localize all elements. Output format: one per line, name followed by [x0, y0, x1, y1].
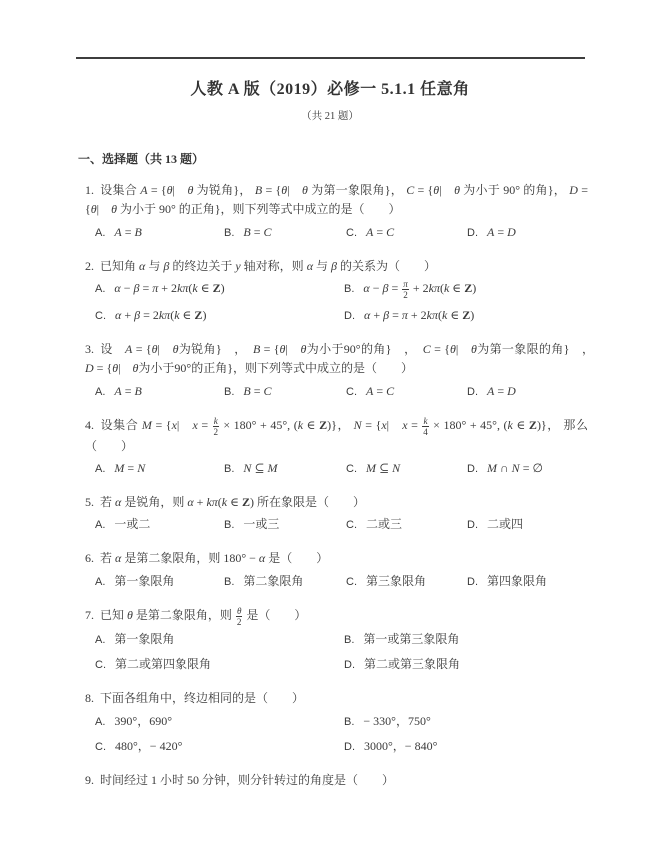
options-row: A.390°，690° B.− 330°，750° C.480°，− 420° … [95, 712, 588, 758]
option-item: A.α − β = π + 2kπ(k ∈ Z) [95, 279, 340, 300]
options-row: A.M = N B.N ⊆ M C.M ⊆ N D.M ∩ N = ∅ [95, 459, 588, 479]
options-row: A.第一象限角 B.第二象限角 C.第三象限角 D.第四象限角 [95, 572, 588, 592]
option-label: B. [224, 576, 234, 588]
option-label: B. [224, 519, 234, 531]
option-item: A.第一象限角 [95, 630, 340, 650]
content: 一、选择题（共 13 题） 1.设集合 A = {θ| θ 为锐角}， B = … [0, 150, 660, 791]
option-text: 第二或第四象限角 [115, 657, 211, 671]
option-text: 第一象限角 [114, 574, 174, 588]
option-item: C.第三象限角 [346, 572, 463, 592]
option-label: A. [95, 519, 105, 531]
question-stem-text: 已知 θ 是第二象限角，则 θ2 是（ ） [100, 608, 306, 622]
option-label: D. [467, 576, 478, 588]
option-item: B.第一或第三象限角 [344, 630, 588, 650]
options-row: A.一或二 B.一或三 C.二或三 D.二或四 [95, 515, 588, 535]
option-item: D.α + β = π + 2kπ(k ∈ Z) [344, 306, 588, 326]
option-label: B. [344, 283, 354, 295]
option-label: C. [95, 659, 106, 671]
option-item: A.A = B [95, 223, 220, 243]
question-number: 4. [85, 418, 94, 432]
option-item: A.第一象限角 [95, 572, 220, 592]
option-label: D. [344, 741, 355, 753]
option-text: − 330°，750° [363, 714, 430, 728]
option-text: 一或二 [114, 517, 150, 531]
option-label: A. [95, 576, 105, 588]
option-label: A. [95, 463, 105, 475]
option-item: A.390°，690° [95, 712, 340, 732]
option-item: D.第二或第三象限角 [344, 655, 588, 675]
option-text: 第一象限角 [114, 632, 174, 646]
option-item: D.A = D [467, 223, 588, 243]
option-label: C. [346, 519, 357, 531]
option-item: B.B = C [224, 223, 342, 243]
option-label: D. [467, 386, 478, 398]
option-text: N ⊆ M [243, 461, 277, 475]
question-stem: 1.设集合 A = {θ| θ 为锐角}， B = {θ| θ 为第一象限角}，… [85, 181, 588, 220]
option-text: A = B [114, 225, 141, 239]
question-block: 6.若 α 是第二象限角，则 180° − α 是（ ） A.第一象限角 B.第… [78, 549, 588, 591]
option-label: A. [95, 634, 105, 646]
option-item: C.A = C [346, 382, 463, 402]
option-text: 第三象限角 [366, 574, 426, 588]
option-text: M = N [114, 461, 145, 475]
question-stem: 5.若 α 是锐角，则 α + kπ(k ∈ Z) 所在象限是（ ） [85, 493, 588, 512]
option-label: C. [346, 576, 357, 588]
option-text: 第二象限角 [243, 574, 303, 588]
options-row: A.A = B B.B = C C.A = C D.A = D [95, 382, 588, 402]
section-heading: 一、选择题（共 13 题） [78, 150, 588, 167]
question-number: 9. [85, 773, 94, 787]
option-label: D. [344, 659, 355, 671]
option-item: C.二或三 [346, 515, 463, 535]
question-number: 8. [85, 691, 94, 705]
option-label: C. [95, 741, 106, 753]
option-item: A.A = B [95, 382, 220, 402]
option-label: C. [95, 310, 106, 322]
question-number: 1. [85, 183, 94, 197]
option-label: A. [95, 386, 105, 398]
page-title: 人教 A 版（2019）必修一 5.1.1 任意角 [0, 76, 660, 99]
option-label: A. [95, 716, 105, 728]
question-number: 3. [85, 342, 94, 356]
document-page: 人教 A 版（2019）必修一 5.1.1 任意角 （共 21 题） 一、选择题… [0, 57, 660, 791]
option-label: A. [95, 227, 105, 239]
option-item: D.A = D [467, 382, 588, 402]
option-text: α − β = π2 + 2kπ(k ∈ Z) [363, 281, 476, 295]
option-text: 390°，690° [114, 714, 172, 728]
question-block: 4.设集合 M = {x| x = k2 × 180° + 45°, (k ∈ … [78, 416, 588, 479]
option-item: C.α + β = 2kπ(k ∈ Z) [95, 306, 340, 326]
option-text: A = D [487, 225, 516, 239]
option-item: D.3000°，− 840° [344, 737, 588, 757]
question-block: 7.已知 θ 是第二象限角，则 θ2 是（ ） A.第一象限角 B.第一或第三象… [78, 606, 588, 676]
option-text: 480°，− 420° [115, 739, 182, 753]
question-stem-text: 设 A = {θ| θ为锐角} ， B = {θ| θ为小于90°的角} ， C… [85, 342, 600, 375]
option-label: B. [344, 634, 354, 646]
option-text: B = C [243, 384, 271, 398]
question-number: 7. [85, 608, 94, 622]
options-row: A.第一象限角 B.第一或第三象限角 C.第二或第四象限角 D.第二或第三象限角 [95, 630, 588, 676]
question-block: 9.时间经过 1 小时 50 分钟，则分针转过的角度是（ ） [78, 771, 588, 790]
question-stem-text: 设集合 A = {θ| θ 为锐角}， B = {θ| θ 为第一象限角}， C… [85, 183, 588, 216]
option-item: B.α − β = π2 + 2kπ(k ∈ Z) [344, 279, 588, 300]
options-row: A.A = B B.B = C C.A = C D.A = D [95, 223, 588, 243]
option-text: α + β = 2kπ(k ∈ Z) [115, 308, 206, 322]
option-label: D. [467, 463, 478, 475]
option-label: B. [224, 227, 234, 239]
question-stem: 6.若 α 是第二象限角，则 180° − α 是（ ） [85, 549, 588, 568]
question-number: 6. [85, 551, 94, 565]
question-block: 3.设 A = {θ| θ为锐角} ， B = {θ| θ为小于90°的角} ，… [78, 340, 588, 402]
question-block: 5.若 α 是锐角，则 α + kπ(k ∈ Z) 所在象限是（ ） A.一或二… [78, 493, 588, 535]
question-stem: 8.下面各组角中，终边相同的是（ ） [85, 689, 588, 708]
option-label: C. [346, 463, 357, 475]
option-text: A = D [487, 384, 516, 398]
option-item: D.第四象限角 [467, 572, 588, 592]
question-stem-text: 设集合 M = {x| x = k2 × 180° + 45°, (k ∈ Z)… [85, 418, 588, 453]
option-text: 第二或第三象限角 [364, 657, 460, 671]
option-item: C.480°，− 420° [95, 737, 340, 757]
option-item: B.一或三 [224, 515, 342, 535]
option-label: B. [224, 463, 234, 475]
option-text: M ⊆ N [366, 461, 400, 475]
question-stem-text: 时间经过 1 小时 50 分钟，则分针转过的角度是（ ） [100, 773, 394, 787]
option-text: 一或三 [243, 517, 279, 531]
option-text: 第一或第三象限角 [363, 632, 459, 646]
options-row: A.α − β = π + 2kπ(k ∈ Z) B.α − β = π2 + … [95, 279, 588, 326]
header-rule [76, 57, 585, 59]
question-stem: 2.已知角 α 与 β 的终边关于 y 轴对称，则 α 与 β 的关系为（ ） [85, 257, 588, 276]
option-label: C. [346, 386, 357, 398]
option-text: 二或三 [366, 517, 402, 531]
option-text: B = C [243, 225, 271, 239]
question-block: 8.下面各组角中，终边相同的是（ ） A.390°，690° B.− 330°，… [78, 689, 588, 757]
option-text: 二或四 [487, 517, 523, 531]
option-label: D. [467, 519, 478, 531]
option-text: 第四象限角 [487, 574, 547, 588]
option-item: B.− 330°，750° [344, 712, 588, 732]
option-item: A.M = N [95, 459, 220, 479]
option-item: C.第二或第四象限角 [95, 655, 340, 675]
option-text: A = C [366, 225, 394, 239]
question-number: 5. [85, 495, 94, 509]
option-item: A.一或二 [95, 515, 220, 535]
question-stem: 3.设 A = {θ| θ为锐角} ， B = {θ| θ为小于90°的角} ，… [85, 340, 588, 379]
option-text: A = B [114, 384, 141, 398]
question-block: 2.已知角 α 与 β 的终边关于 y 轴对称，则 α 与 β 的关系为（ ） … [78, 257, 588, 326]
option-text: 3000°，− 840° [364, 739, 437, 753]
option-label: B. [224, 386, 234, 398]
question-stem: 9.时间经过 1 小时 50 分钟，则分针转过的角度是（ ） [85, 771, 588, 790]
option-label: D. [344, 310, 355, 322]
question-stem-text: 若 α 是第二象限角，则 180° − α 是（ ） [100, 551, 328, 565]
option-item: B.N ⊆ M [224, 459, 342, 479]
option-item: B.第二象限角 [224, 572, 342, 592]
question-block: 1.设集合 A = {θ| θ 为锐角}， B = {θ| θ 为第一象限角}，… [78, 181, 588, 243]
option-label: A. [95, 283, 105, 295]
question-number: 2. [85, 259, 94, 273]
question-stem-text: 下面各组角中，终边相同的是（ ） [100, 691, 304, 705]
option-item: D.M ∩ N = ∅ [467, 459, 588, 479]
option-label: C. [346, 227, 357, 239]
option-label: D. [467, 227, 478, 239]
option-item: C.M ⊆ N [346, 459, 463, 479]
option-text: A = C [366, 384, 394, 398]
option-text: α + β = π + 2kπ(k ∈ Z) [364, 308, 474, 322]
question-stem-text: 已知角 α 与 β 的终边关于 y 轴对称，则 α 与 β 的关系为（ ） [100, 259, 436, 273]
question-stem: 7.已知 θ 是第二象限角，则 θ2 是（ ） [85, 606, 588, 627]
option-text: α − β = π + 2kπ(k ∈ Z) [114, 281, 224, 295]
option-item: B.B = C [224, 382, 342, 402]
option-item: C.A = C [346, 223, 463, 243]
option-text: M ∩ N = ∅ [487, 461, 543, 475]
question-stem-text: 若 α 是锐角，则 α + kπ(k ∈ Z) 所在象限是（ ） [100, 495, 365, 509]
option-item: D.二或四 [467, 515, 588, 535]
page-subtitle: （共 21 题） [0, 108, 660, 123]
question-stem: 4.设集合 M = {x| x = k2 × 180° + 45°, (k ∈ … [85, 416, 588, 457]
option-label: B. [344, 716, 354, 728]
